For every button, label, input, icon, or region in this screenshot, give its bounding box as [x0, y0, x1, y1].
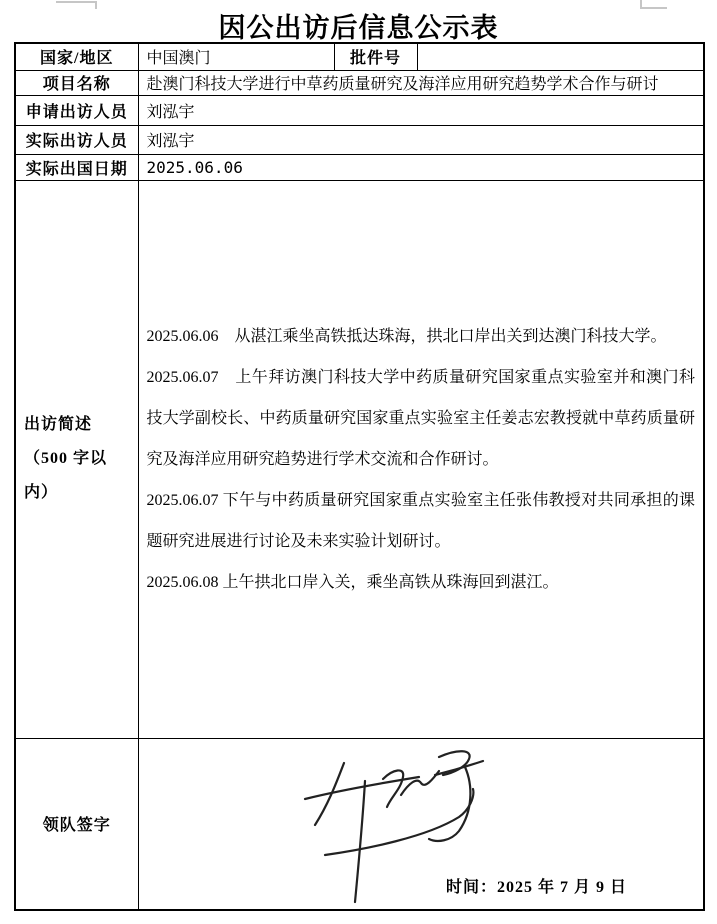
table-row: 出访简述 （500 字以内） 2025.06.06 从湛江乘坐高铁抵达珠海，拱北…	[15, 180, 704, 738]
country-region-label: 国家/地区	[15, 43, 138, 70]
leader-signature-cell: 时间：2025 年 7 月 9 日	[138, 738, 704, 910]
summary-paragraph: 2025.06.07 上午拜访澳门科技大学中药质量研究国家重点实验室并和澳门科技…	[147, 357, 696, 480]
summary-paragraph: 2025.06.06 从湛江乘坐高铁抵达珠海，拱北口岸出关到达澳门科技大学。	[147, 316, 696, 357]
actual-personnel-value: 刘泓宇	[138, 125, 704, 154]
table-row: 申请出访人员 刘泓宇	[15, 95, 704, 125]
table-row: 实际出国日期 2025.06.06	[15, 154, 704, 180]
approval-number-label: 批件号	[334, 43, 417, 70]
table-row: 项目名称 赴澳门科技大学进行中草药质量研究及海洋应用研究趋势学术合作与研讨	[15, 70, 704, 95]
visit-summary-label: 出访简述 （500 字以内）	[15, 180, 138, 738]
applied-personnel-value: 刘泓宇	[138, 95, 704, 125]
post-visit-disclosure-form-page: 因公出访后信息公示表 国家/地区 中国澳门 批件号 项目名称 赴澳门科技大学进行…	[0, 0, 717, 924]
page-margin-mark-top-left	[56, 1, 97, 3]
signature-time: 时间：2025 年 7 月 9 日	[446, 874, 627, 897]
leader-signature-label: 领队签字	[15, 738, 138, 910]
applied-personnel-label: 申请出访人员	[15, 95, 138, 125]
country-region-value: 中国澳门	[138, 43, 334, 70]
summary-paragraph: 2025.06.08 上午拱北口岸入关，乘坐高铁从珠海回到湛江。	[147, 562, 696, 603]
visit-summary-content: 2025.06.06 从湛江乘坐高铁抵达珠海，拱北口岸出关到达澳门科技大学。 2…	[138, 180, 704, 738]
table-row: 实际出访人员 刘泓宇	[15, 125, 704, 154]
project-name-label: 项目名称	[15, 70, 138, 95]
approval-number-value	[417, 43, 704, 70]
summary-paragraph: 2025.06.07 下午与中药质量研究国家重点实验室主任张伟教授对共同承担的课…	[147, 480, 696, 562]
table-row: 领队签字	[15, 738, 704, 910]
table-row: 国家/地区 中国澳门 批件号	[15, 43, 704, 70]
actual-personnel-label: 实际出访人员	[15, 125, 138, 154]
project-name-value: 赴澳门科技大学进行中草药质量研究及海洋应用研究趋势学术合作与研讨	[138, 70, 704, 95]
visit-summary-label-line2: （500 字以内）	[24, 442, 130, 510]
disclosure-form-table: 国家/地区 中国澳门 批件号 项目名称 赴澳门科技大学进行中草药质量研究及海洋应…	[14, 42, 705, 911]
visit-summary-label-line1: 出访简述	[24, 408, 130, 442]
departure-date-value: 2025.06.06	[138, 154, 704, 180]
departure-date-label: 实际出国日期	[15, 154, 138, 180]
page-title: 因公出访后信息公示表	[0, 6, 717, 45]
